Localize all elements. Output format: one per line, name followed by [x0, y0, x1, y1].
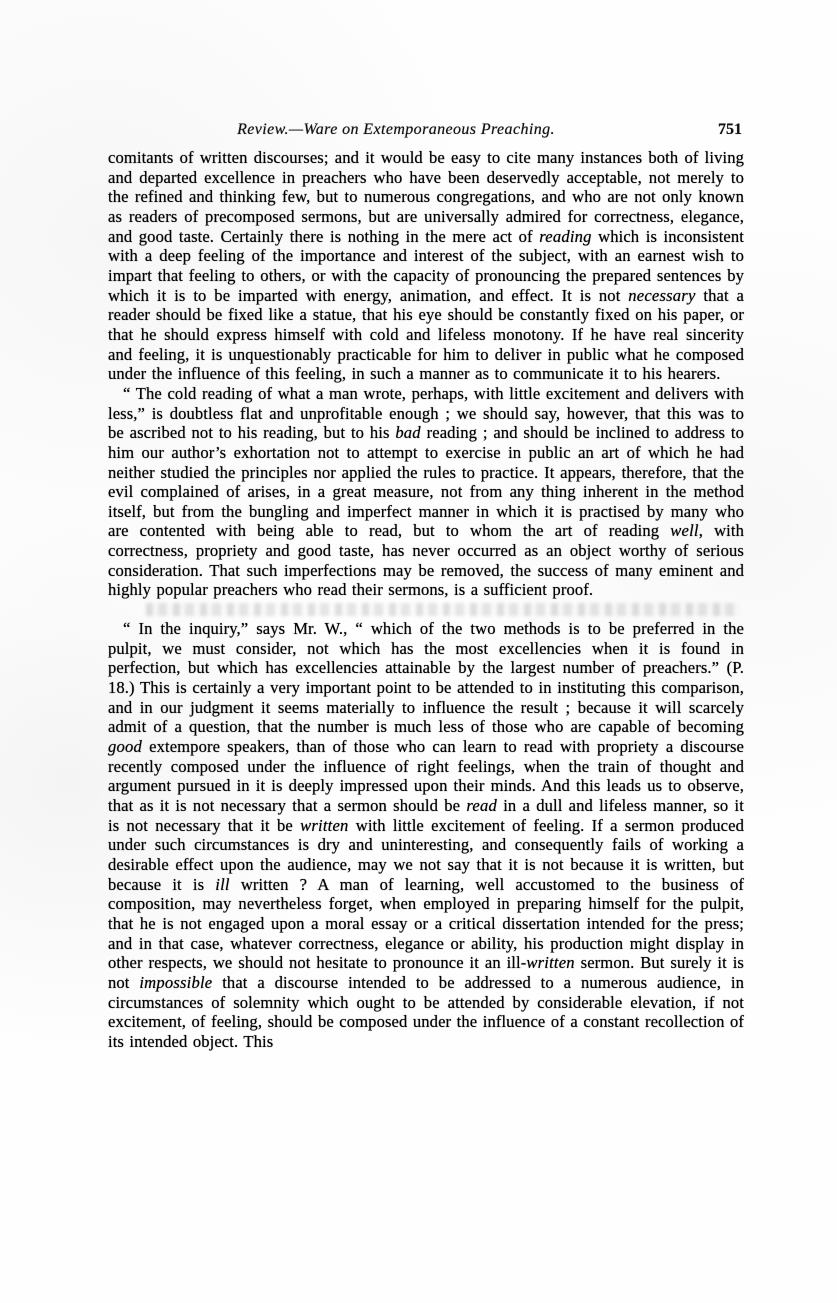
paragraph-cold-reading: “ The cold reading of what a man wrote, …	[108, 384, 744, 600]
page-number: 751	[718, 121, 742, 139]
paragraph-in-the-inquiry: “ In the inquiry,” says Mr. W., “ which …	[108, 619, 744, 1051]
paragraph-concomitants: comitants of written discourses; and it …	[108, 148, 744, 384]
running-head: Review.—Ware on Extemporaneous Preaching…	[108, 121, 744, 143]
page-body: comitants of written discourses; and it …	[108, 148, 744, 1052]
bleed-through-ghost-line	[146, 603, 740, 616]
scanned-book-page: Review.—Ware on Extemporaneous Preaching…	[0, 0, 837, 1303]
running-head-title: Review.—Ware on Extemporaneous Preaching…	[108, 121, 684, 139]
